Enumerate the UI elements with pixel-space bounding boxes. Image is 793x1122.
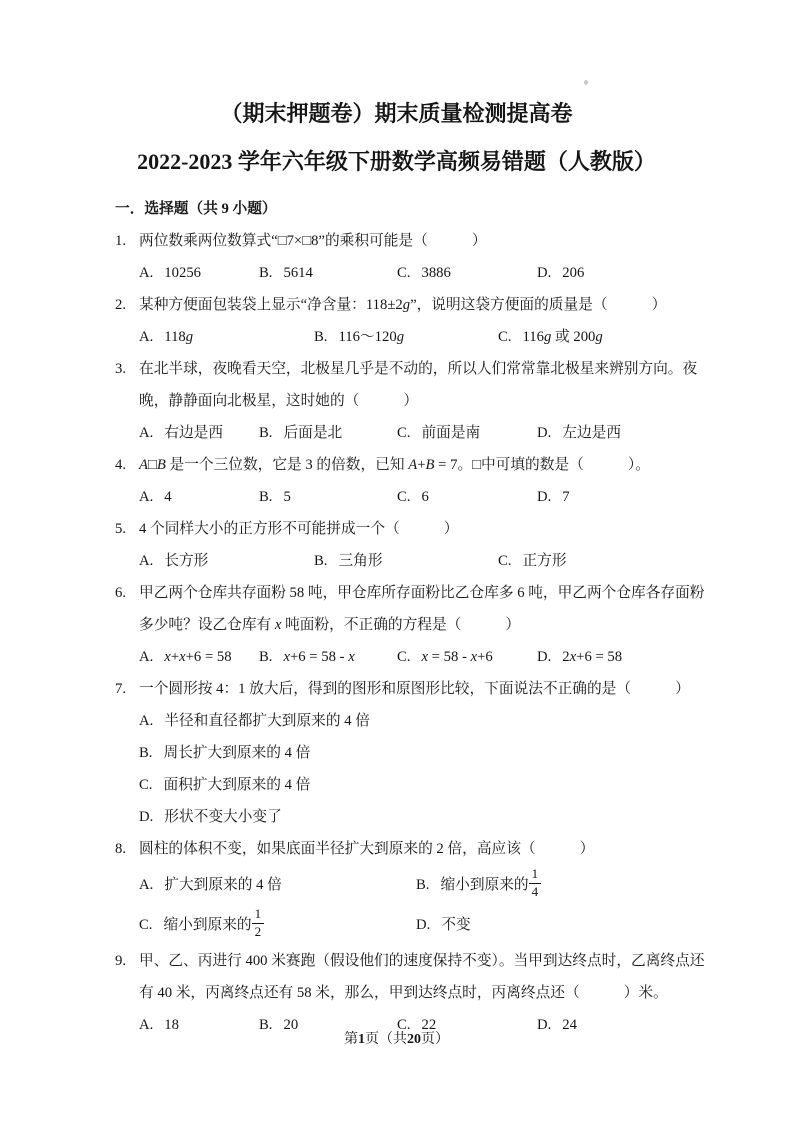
option-a: A.长方形 [139,545,314,577]
option-text: 7 [562,489,569,505]
option-c: C.x = 58 - x+6 [397,641,537,673]
option-b: B.5 [259,481,397,513]
question-5-options: A.长方形 B.三角形 C.正方形 [115,545,699,577]
option-label: C. [397,641,410,673]
option-c: C.前面是南 [397,417,537,449]
question-text: A□B 是一个三位数，它是 3 的倍数，已知 A+B = 7。□中可填的数是（ … [139,449,650,481]
option-label: A. [139,705,153,737]
option-text: 缩小到原来的 [440,877,528,893]
option-b: B.三角形 [314,545,498,577]
question-number: 6. [115,577,139,609]
option-b: B.后面是北 [259,417,397,449]
question-number: 1. [115,225,139,257]
option-label: A. [139,321,153,353]
option-c: C.116g 或 200g [498,321,699,353]
option-text: 扩大到原来的 4 倍 [164,877,282,893]
question-number: 2. [115,289,139,321]
question-7: 7. 一个圆形按 4：1 放大后，得到的图形和原图形比较，下面说法不正确的是（ … [115,673,699,705]
option-text: 5614 [283,265,312,281]
fraction-denominator: 4 [529,883,542,899]
question-9: 9. 甲、乙、丙进行 400 米赛跑（假设他们的速度保持不变）。当甲到达终点时，… [115,945,699,977]
question-number: 5. [115,513,139,545]
fraction-numerator: 1 [252,907,265,922]
option-label: B. [259,257,272,289]
question-text: 在北半球，夜晚看天空，北极星几乎是不动的，所以人们常常靠北极星来辨别方向。夜 [139,353,697,385]
question-9-text-line2: 有 40 米，丙离终点还有 58 米，那么，甲到达终点时，丙离终点还（ ）米。 [115,977,699,1009]
option-label: A. [139,641,153,673]
option-text: 4 [164,489,171,505]
option-label: C. [139,769,152,801]
question-2-options: A.118g B.116～120g C.116g 或 200g [115,321,699,353]
option-label: C. [498,321,511,353]
option-text: 116～120g [338,329,404,345]
option-c: C.6 [397,481,537,513]
option-label: C. [139,905,152,945]
option-label: B. [259,417,272,449]
option-text: 缩小到原来的 [163,917,251,933]
option-label: C. [498,545,511,577]
option-label: D. [537,417,551,449]
option-b: B.116～120g [314,321,498,353]
question-4: 4. A□B 是一个三位数，它是 3 的倍数，已知 A+B = 7。□中可填的数… [115,449,699,481]
question-6-text-line2: 多少吨？设乙仓库有 x 吨面粉，不正确的方程是（ ） [115,609,699,641]
option-d: D.206 [537,257,699,289]
option-label: B. [259,481,272,513]
exam-body: 一．选择题（共 9 小题） 1. 两位数乘两位数算式“□7×□8”的乘积可能是（… [115,193,699,1041]
question-text: 一个圆形按 4：1 放大后，得到的图形和原图形比较，下面说法不正确的是（ ） [139,673,690,705]
option-a: A.118g [139,321,314,353]
option-label: A. [139,545,153,577]
option-a: A.x+x+6 = 58 [139,641,259,673]
option-label: A. [139,865,153,905]
option-text: 半径和直径都扩大到原来的 4 倍 [164,713,370,729]
question-text: 某种方便面包装袋上显示“净含量：118±2g”，说明这袋方便面的质量是（ ） [139,289,666,321]
question-5: 5. 4 个同样大小的正方形不可能拼成一个（ ） [115,513,699,545]
option-a: A.右边是西 [139,417,259,449]
option-a: A.扩大到原来的 4 倍 [139,865,416,905]
question-text: 两位数乘两位数算式“□7×□8”的乘积可能是（ ） [139,225,487,257]
option-text: x+6 = 58 - x [283,649,354,665]
option-text: 面积扩大到原来的 4 倍 [163,777,310,793]
option-text: 长方形 [164,553,208,569]
option-label: C. [397,257,410,289]
page-subtitle: 2022-2023 学年六年级下册数学高频易错题（人教版） [0,145,793,176]
option-text: 116g 或 200g [522,329,602,345]
option-label: B. [314,545,327,577]
option-label: D. [537,481,551,513]
option-c: C.正方形 [498,545,699,577]
question-3-text-line2: 晚，静静面向北极星，这时她的（ ） [115,385,699,417]
option-label: B. [314,321,327,353]
question-6-options: A.x+x+6 = 58 B.x+6 = 58 - x C.x = 58 - x… [115,641,699,673]
option-text: 206 [562,265,584,281]
option-text: 5 [283,489,290,505]
option-text: 10256 [164,265,201,281]
question-8-options-row2: C.缩小到原来的12 D.不变 [115,905,699,945]
option-label: B. [139,737,152,769]
option-text: x = 58 - x+6 [421,649,492,665]
question-number: 9. [115,945,139,977]
option-d: D.不变 [416,905,699,945]
option-label: C. [397,481,410,513]
option-text: 6 [421,489,428,505]
fraction-denominator: 2 [252,923,265,939]
option-label: D. [416,905,430,945]
option-label: D. [537,641,551,673]
question-text: 圆柱的体积不变，如果底面半径扩大到原来的 2 倍，高应该（ ） [139,833,594,865]
question-1-options: A.10256 B.5614 C.3886 D.206 [115,257,699,289]
page-footer: 第1页（共20页） [0,1024,793,1056]
question-7-option-d: D.形状不变大小变了 [115,801,699,833]
question-8: 8. 圆柱的体积不变，如果底面半径扩大到原来的 2 倍，高应该（ ） [115,833,699,865]
option-text: 周长扩大到原来的 4 倍 [163,745,310,761]
option-label: D. [139,801,153,833]
question-number: 3. [115,353,139,385]
question-1: 1. 两位数乘两位数算式“□7×□8”的乘积可能是（ ） [115,225,699,257]
fraction-numerator: 1 [529,867,542,882]
fraction: 12 [252,907,265,939]
question-8-options-row1: A.扩大到原来的 4 倍 B.缩小到原来的14 [115,865,699,905]
question-number: 7. [115,673,139,705]
option-text: 三角形 [338,553,382,569]
option-a: A.4 [139,481,259,513]
option-text: x+x+6 = 58 [164,649,231,665]
option-text: 前面是南 [421,425,480,441]
option-text: 形状不变大小变了 [164,809,282,825]
question-4-options: A.4 B.5 C.6 D.7 [115,481,699,513]
question-text: 甲乙两个仓库共存面粉 58 吨，甲仓库所存面粉比乙仓库多 6 吨，甲乙两个仓库各… [139,577,704,609]
question-number: 8. [115,833,139,865]
option-a: A.10256 [139,257,259,289]
fraction: 14 [529,867,542,899]
option-label: A. [139,481,153,513]
option-label: A. [139,417,153,449]
option-d: D.左边是西 [537,417,699,449]
question-3: 3. 在北半球，夜晚看天空，北极星几乎是不动的，所以人们常常靠北极星来辨别方向。… [115,353,699,385]
question-2: 2. 某种方便面包装袋上显示“净含量：118±2g”，说明这袋方便面的质量是（ … [115,289,699,321]
page-title: （期末押题卷）期末质量检测提高卷 [0,0,793,128]
question-7-option-c: C.面积扩大到原来的 4 倍 [115,769,699,801]
option-label: D. [537,257,551,289]
option-text: 左边是西 [562,425,621,441]
scan-artifact-dot [584,80,588,85]
option-d: D.7 [537,481,699,513]
option-label: B. [416,865,429,905]
question-3-options: A.右边是西 B.后面是北 C.前面是南 D.左边是西 [115,417,699,449]
option-text: 3886 [421,265,450,281]
option-text: 正方形 [522,553,566,569]
question-text: 4 个同样大小的正方形不可能拼成一个（ ） [139,513,458,545]
question-6: 6. 甲乙两个仓库共存面粉 58 吨，甲仓库所存面粉比乙仓库多 6 吨，甲乙两个… [115,577,699,609]
option-c: C.3886 [397,257,537,289]
option-text: 不变 [441,917,470,933]
option-text: 2x+6 = 58 [562,649,622,665]
option-label: C. [397,417,410,449]
question-text: 甲、乙、丙进行 400 米赛跑（假设他们的速度保持不变）。当甲到达终点时，乙离终… [139,945,704,977]
option-d: D.2x+6 = 58 [537,641,699,673]
option-label: A. [139,257,153,289]
option-b: B.缩小到原来的14 [416,865,699,905]
option-c: C.缩小到原来的12 [139,905,416,945]
option-label: B. [259,641,272,673]
option-b: B.5614 [259,257,397,289]
question-7-option-b: B.周长扩大到原来的 4 倍 [115,737,699,769]
option-b: B.x+6 = 58 - x [259,641,397,673]
question-7-option-a: A.半径和直径都扩大到原来的 4 倍 [115,705,699,737]
option-text: 右边是西 [164,425,223,441]
question-number: 4. [115,449,139,481]
option-text: 118g [164,329,193,345]
section-header: 一．选择题（共 9 小题） [115,193,699,225]
option-text: 后面是北 [283,425,342,441]
